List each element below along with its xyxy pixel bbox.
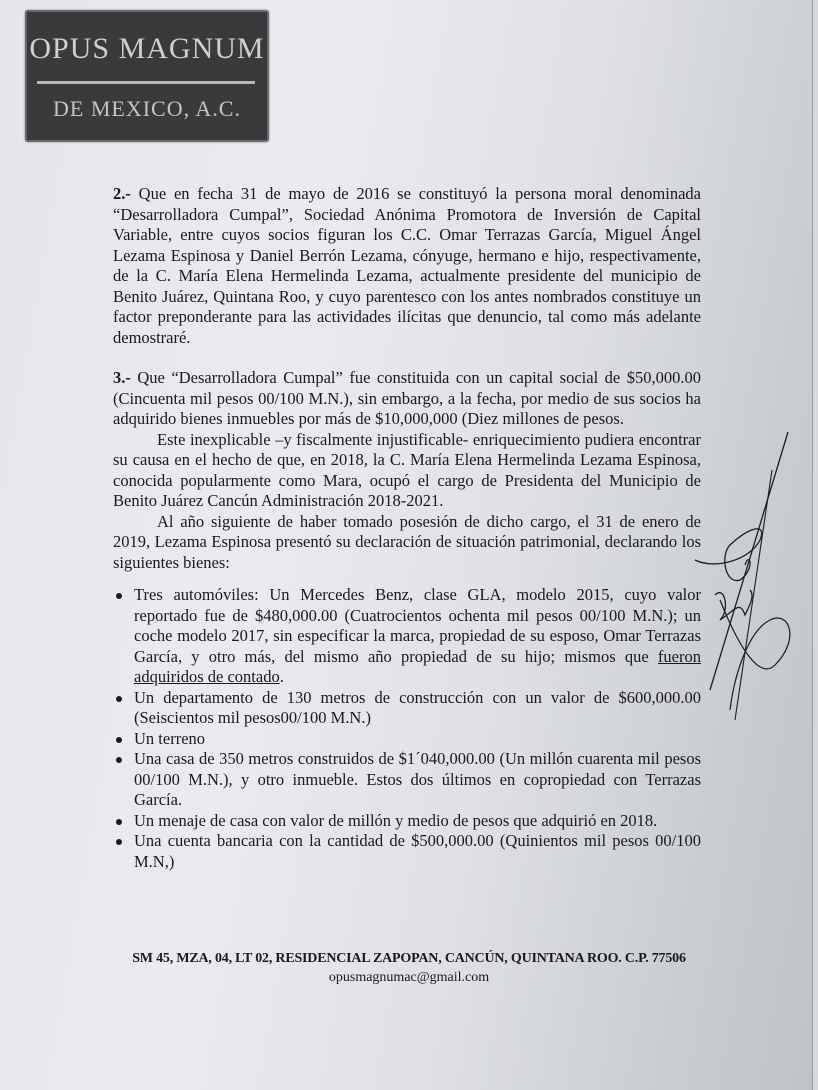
signature-icon bbox=[690, 420, 800, 720]
list-item-suffix: . bbox=[280, 667, 284, 686]
logo-divider bbox=[37, 81, 255, 84]
list-item: Un departamento de 130 metros de constru… bbox=[113, 688, 701, 729]
paragraph-number: 2.- bbox=[113, 184, 131, 203]
list-item-text: Tres automóviles: Un Mercedes Benz, clas… bbox=[134, 585, 701, 666]
paragraph-text: Que “Desarrolladora Cumpal” fue constitu… bbox=[113, 368, 701, 428]
footer: SM 45, MZA, 04, LT 02, RESIDENCIAL ZAPOP… bbox=[0, 949, 818, 987]
paragraph-text: Que en fecha 31 de mayo de 2016 se const… bbox=[113, 184, 701, 347]
paragraph-number: 3.- bbox=[113, 368, 131, 387]
assets-list: Tres automóviles: Un Mercedes Benz, clas… bbox=[113, 585, 701, 872]
list-item: Un menaje de casa con valor de millón y … bbox=[113, 811, 701, 832]
footer-address: SM 45, MZA, 04, LT 02, RESIDENCIAL ZAPOP… bbox=[0, 949, 818, 968]
paragraph-3: 3.- Que “Desarrolladora Cumpal” fue cons… bbox=[113, 368, 701, 573]
list-item: Tres automóviles: Un Mercedes Benz, clas… bbox=[113, 585, 701, 688]
logo-subtitle: DE MEXICO, A.C. bbox=[27, 96, 267, 122]
paragraph-2: 2.- Que en fecha 31 de mayo de 2016 se c… bbox=[113, 184, 701, 348]
list-item: Una cuenta bancaria con la cantidad de $… bbox=[113, 831, 701, 872]
paragraph-3-declaration: Al año siguiente de haber tomado posesió… bbox=[113, 512, 701, 574]
logo-title: OPUS MAGNUM bbox=[27, 32, 267, 66]
footer-email: opusmagnumac@gmail.com bbox=[0, 968, 818, 987]
list-item: Un terreno bbox=[113, 729, 701, 750]
letterhead-logo: OPUS MAGNUM DE MEXICO, A.C. bbox=[25, 10, 269, 142]
list-item: Una casa de 350 metros construidos de $1… bbox=[113, 749, 701, 811]
paragraph-3-continuation: Este inexplicable –y fiscalmente injusti… bbox=[113, 430, 701, 512]
page-edge bbox=[812, 0, 818, 1090]
